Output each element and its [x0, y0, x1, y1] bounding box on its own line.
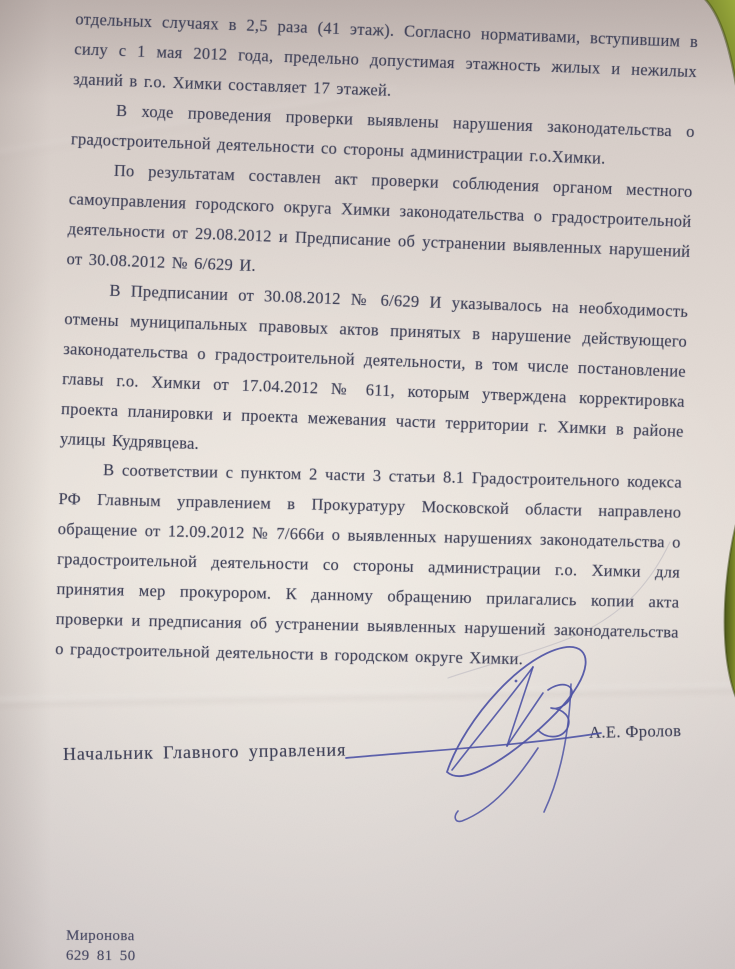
- paragraph-3: По результатам составлен акт проверки со…: [66, 154, 693, 297]
- signatory-position-label: Начальник Главного управления: [63, 740, 347, 765]
- signatory-name: А.Е. Фролов: [589, 721, 682, 743]
- document-body: отдельных случаях в 2,5 раза (41 этаж). …: [0, 2, 735, 688]
- executor-name: Миронова: [66, 927, 136, 947]
- paper-sheet: отдельных случаях в 2,5 раза (41 этаж). …: [0, 0, 735, 969]
- paragraph-4: В Предписании от 30.08.2012 № 6/629 И ук…: [59, 274, 688, 477]
- paper-crease: [0, 682, 735, 707]
- contact-block: Миронова 629 81 50: [66, 927, 136, 966]
- paragraph-5: В соответствии с пунктом 2 части 3 стать…: [55, 454, 682, 678]
- executor-phone: 629 81 50: [66, 946, 136, 966]
- document-photo: отдельных случаях в 2,5 раза (41 этаж). …: [0, 0, 735, 969]
